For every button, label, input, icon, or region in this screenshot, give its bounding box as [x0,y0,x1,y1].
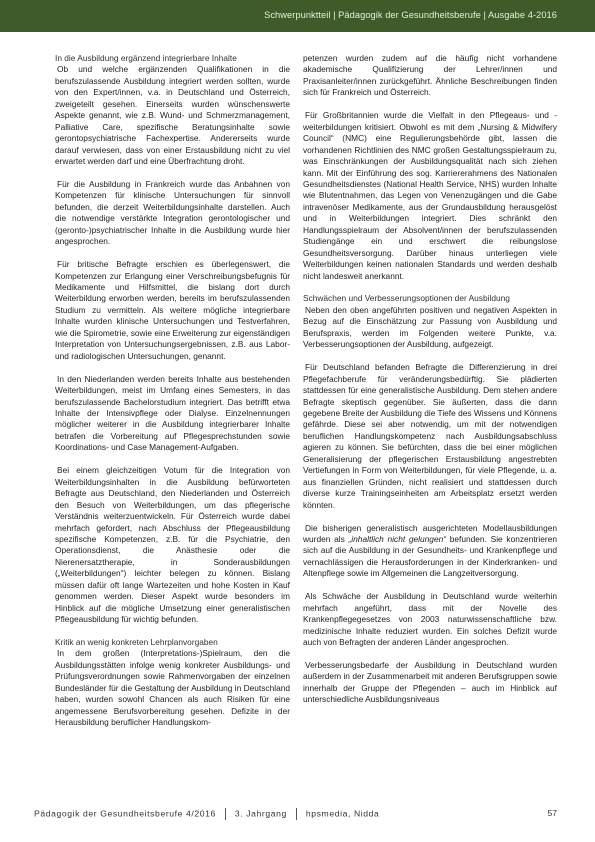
paragraph: Die bisherigen generalistisch ausgericht… [303,523,557,580]
paragraph: Als Schwäche der Ausbildung in Deutschla… [303,591,557,648]
section-heading-weaknesses: Schwächen und Verbesserungsoptionen der … [303,293,557,304]
footer-volume: 3. Jahrgang [235,808,287,818]
footer-divider [296,808,297,820]
emphasized-quote: „inhaltlich nicht gelungen“ [349,534,446,544]
running-header-bar: Schwerpunktteil | Pädagogik der Gesundhe… [0,0,595,32]
paragraph: Für die Ausbildung in Frankreich wurde d… [55,179,290,248]
paragraph: Für britische Befragte erschien es überl… [55,259,290,362]
left-column: In die Ausbildung ergänzend integrierbar… [55,53,290,729]
section-heading-integrable-content: In die Ausbildung ergänzend integrierbar… [55,53,290,64]
right-column: petenzen wurden zudem auf die häufig nic… [303,53,557,706]
paragraph: Für Deutschland befanden Befragte die Di… [303,362,557,511]
paragraph: Ob und welche ergänzenden Qualifikatione… [55,64,290,167]
section-heading-curriculum-criticism: Kritik an wenig konkreten Lehrplanvorgab… [55,637,290,648]
paragraph: Neben den oben angeführten positiven und… [303,305,557,351]
footer-divider [225,808,226,820]
paragraph: In den Niederlanden werden bereits Inhal… [55,374,290,454]
footer-publisher: hpsmedia, Nidda [306,808,380,818]
paragraph-continued: petenzen wurden zudem auf die häufig nic… [303,53,557,99]
page-footer: Pädagogik der Gesundheitsberufe 4/20163.… [34,808,557,822]
paragraph: In dem großen (Interpretations-)Spielrau… [55,648,290,728]
footer-journal: Pädagogik der Gesundheitsberufe 4/2016 [34,808,216,818]
paragraph: Verbesserungsbedarfe der Ausbildung in D… [303,660,557,706]
paragraph: Bei einem gleichzeitigen Votum für die I… [55,465,290,625]
running-header-title: Schwerpunktteil | Pädagogik der Gesundhe… [264,10,557,20]
page-number: 57 [547,808,557,818]
paragraph: Für Großbritannien wurde die Vielfalt in… [303,110,557,282]
